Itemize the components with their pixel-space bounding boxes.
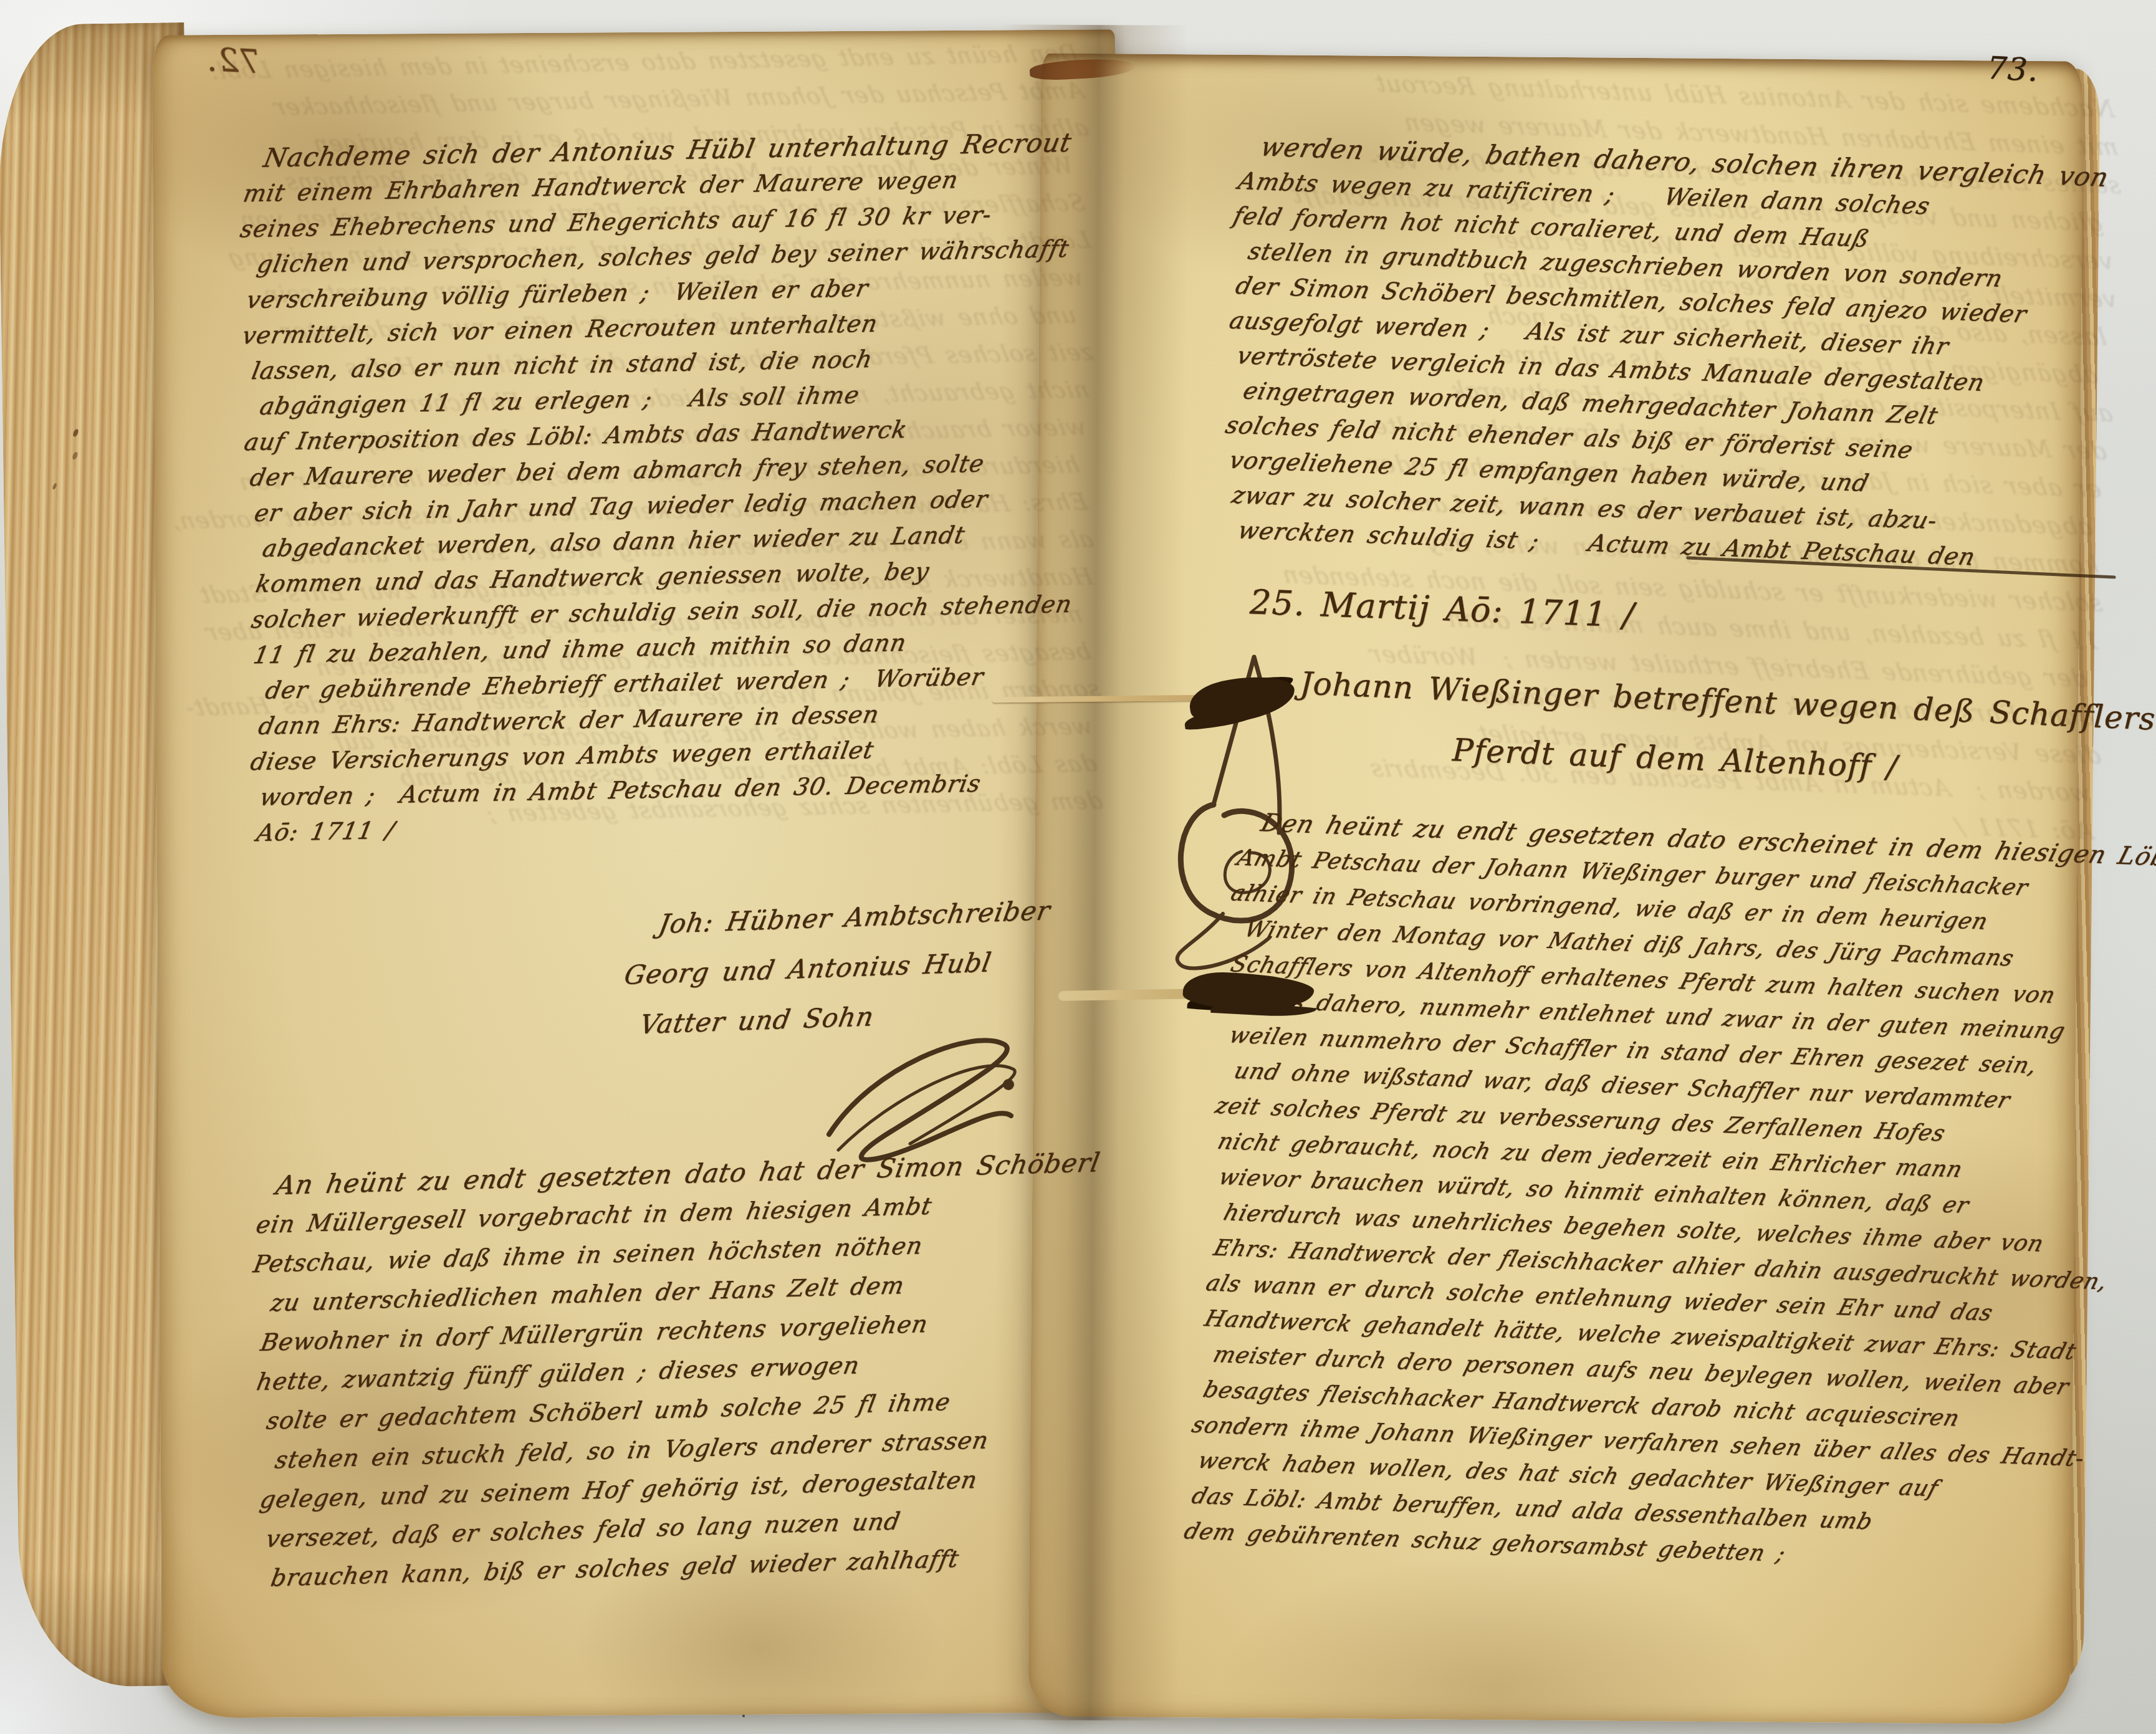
left-entry-schoeberl-feld: An heünt zu endt gesetzten dato hat der … bbox=[255, 1142, 1114, 1598]
right-page-number: 73. bbox=[1986, 50, 2039, 89]
left-page-number-bleedthrough: 72. bbox=[206, 41, 261, 81]
manuscript-photo: Den heünt zu endt gesetzten dato erschei… bbox=[0, 0, 2156, 1734]
right-entry-wiessinger-pferdt: Den heünt zu endt gesetzten dato erschei… bbox=[1187, 805, 2156, 1584]
left-entry-maurer-handwerk: Nachdeme sich der Antonius Hübl unterhal… bbox=[242, 124, 1116, 851]
right-entry-feld-vergleich: werden würde, bathen dahero, solchen ihr… bbox=[1225, 128, 2132, 580]
